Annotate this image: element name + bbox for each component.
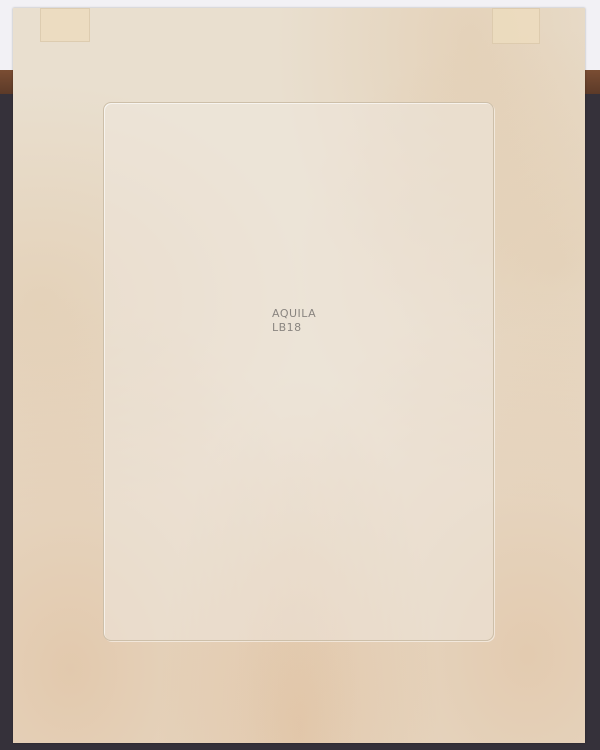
inscription-line-1: AQUILA <box>272 307 316 321</box>
tape-residue-right <box>492 8 540 44</box>
tape-residue-left <box>40 8 90 42</box>
pencil-inscription: AQUILA LB18 <box>272 307 316 335</box>
plate-mark <box>103 102 494 641</box>
inscription-line-2: LB18 <box>272 321 316 335</box>
